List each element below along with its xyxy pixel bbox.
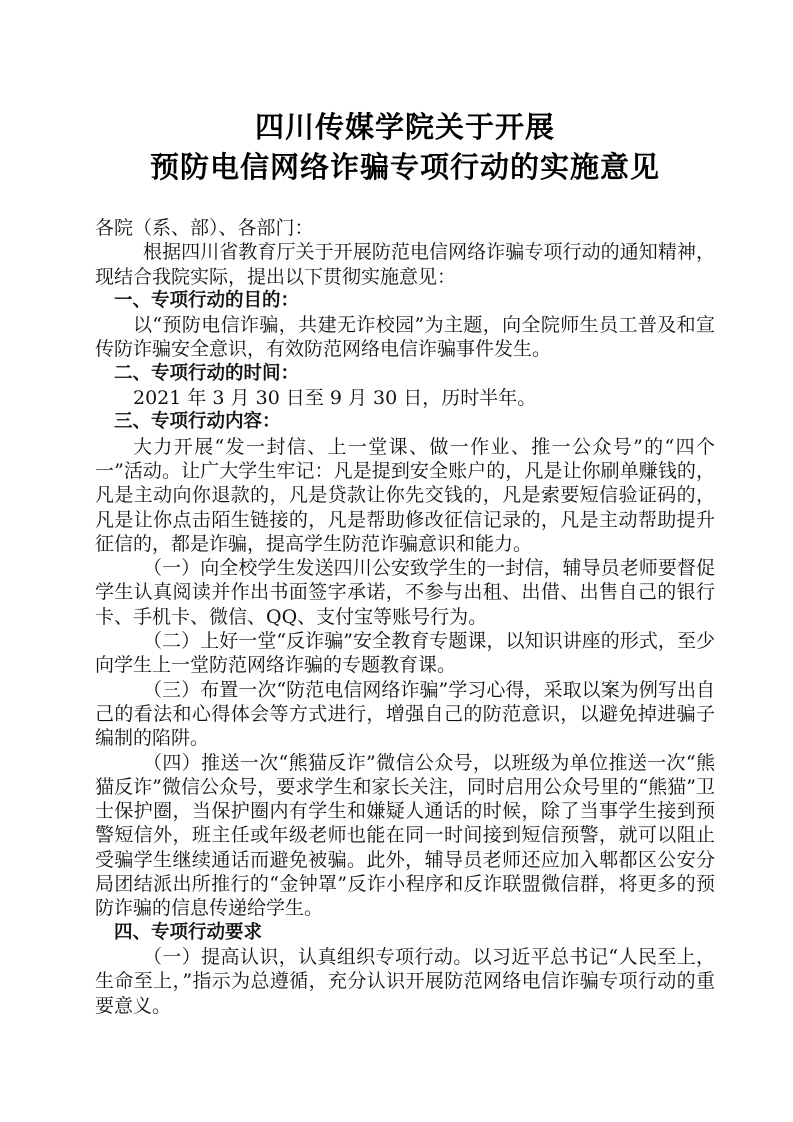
section-1-paragraph: 以“预防电信诈骗，共建无诈校园”为主题，向全院师生员工普及和宣传防诈骗安全意识，… (95, 313, 715, 362)
document-page: 四川传媒学院关于开展 预防电信网络诈骗专项行动的实施意见 各院（系、部）、各部门… (95, 100, 715, 1018)
section-4-heading: 四、专项行动要求 (95, 921, 715, 945)
section-3-item-1: （一）向全校学生发送四川公安致学生的一封信，辅导员老师要督促学生认真阅读并作出书… (95, 556, 715, 629)
section-3-paragraph: 大力开展“发一封信、上一堂课、做一作业、推一公众号”的“四个一”活动。让广大学生… (95, 435, 715, 556)
salutation: 各院（系、部）、各部门： (95, 216, 715, 240)
title-line-1: 四川传媒学院关于开展 (65, 108, 745, 146)
document-title: 四川传媒学院关于开展 预防电信网络诈骗专项行动的实施意见 (65, 108, 745, 186)
intro-paragraph: 根据四川省教育厅关于开展防范电信网络诈骗专项行动的通知精神，现结合我院实际，提出… (95, 240, 715, 289)
document-body: 各院（系、部）、各部门： 根据四川省教育厅关于开展防范电信网络诈骗专项行动的通知… (95, 216, 715, 1018)
title-line-2: 预防电信网络诈骗专项行动的实施意见 (65, 148, 745, 186)
section-3-item-2: （二）上好一堂“反诈骗”安全教育专题课，以知识讲座的形式，至少向学生上一堂防范网… (95, 629, 715, 678)
section-4-item-1: （一）提高认识，认真组织专项行动。以习近平总书记“人民至上，生命至上，”指示为总… (95, 945, 715, 1018)
section-3-item-4: （四）推送一次“熊猫反诈”微信公众号，以班级为单位推送一次“熊猫反诈”微信公众号… (95, 751, 715, 921)
section-3-item-3: （三）布置一次“防范电信网络诈骗”学习心得，采取以案为例写出自己的看法和心得体会… (95, 678, 715, 751)
section-3-heading: 三、专项行动内容： (95, 410, 715, 434)
section-2-heading: 二、专项行动的时间： (95, 362, 715, 386)
section-2-paragraph: 2021 年 3 月 30 日至 9 月 30 日，历时半年。 (95, 386, 715, 410)
section-1-heading: 一、专项行动的目的： (95, 289, 715, 313)
